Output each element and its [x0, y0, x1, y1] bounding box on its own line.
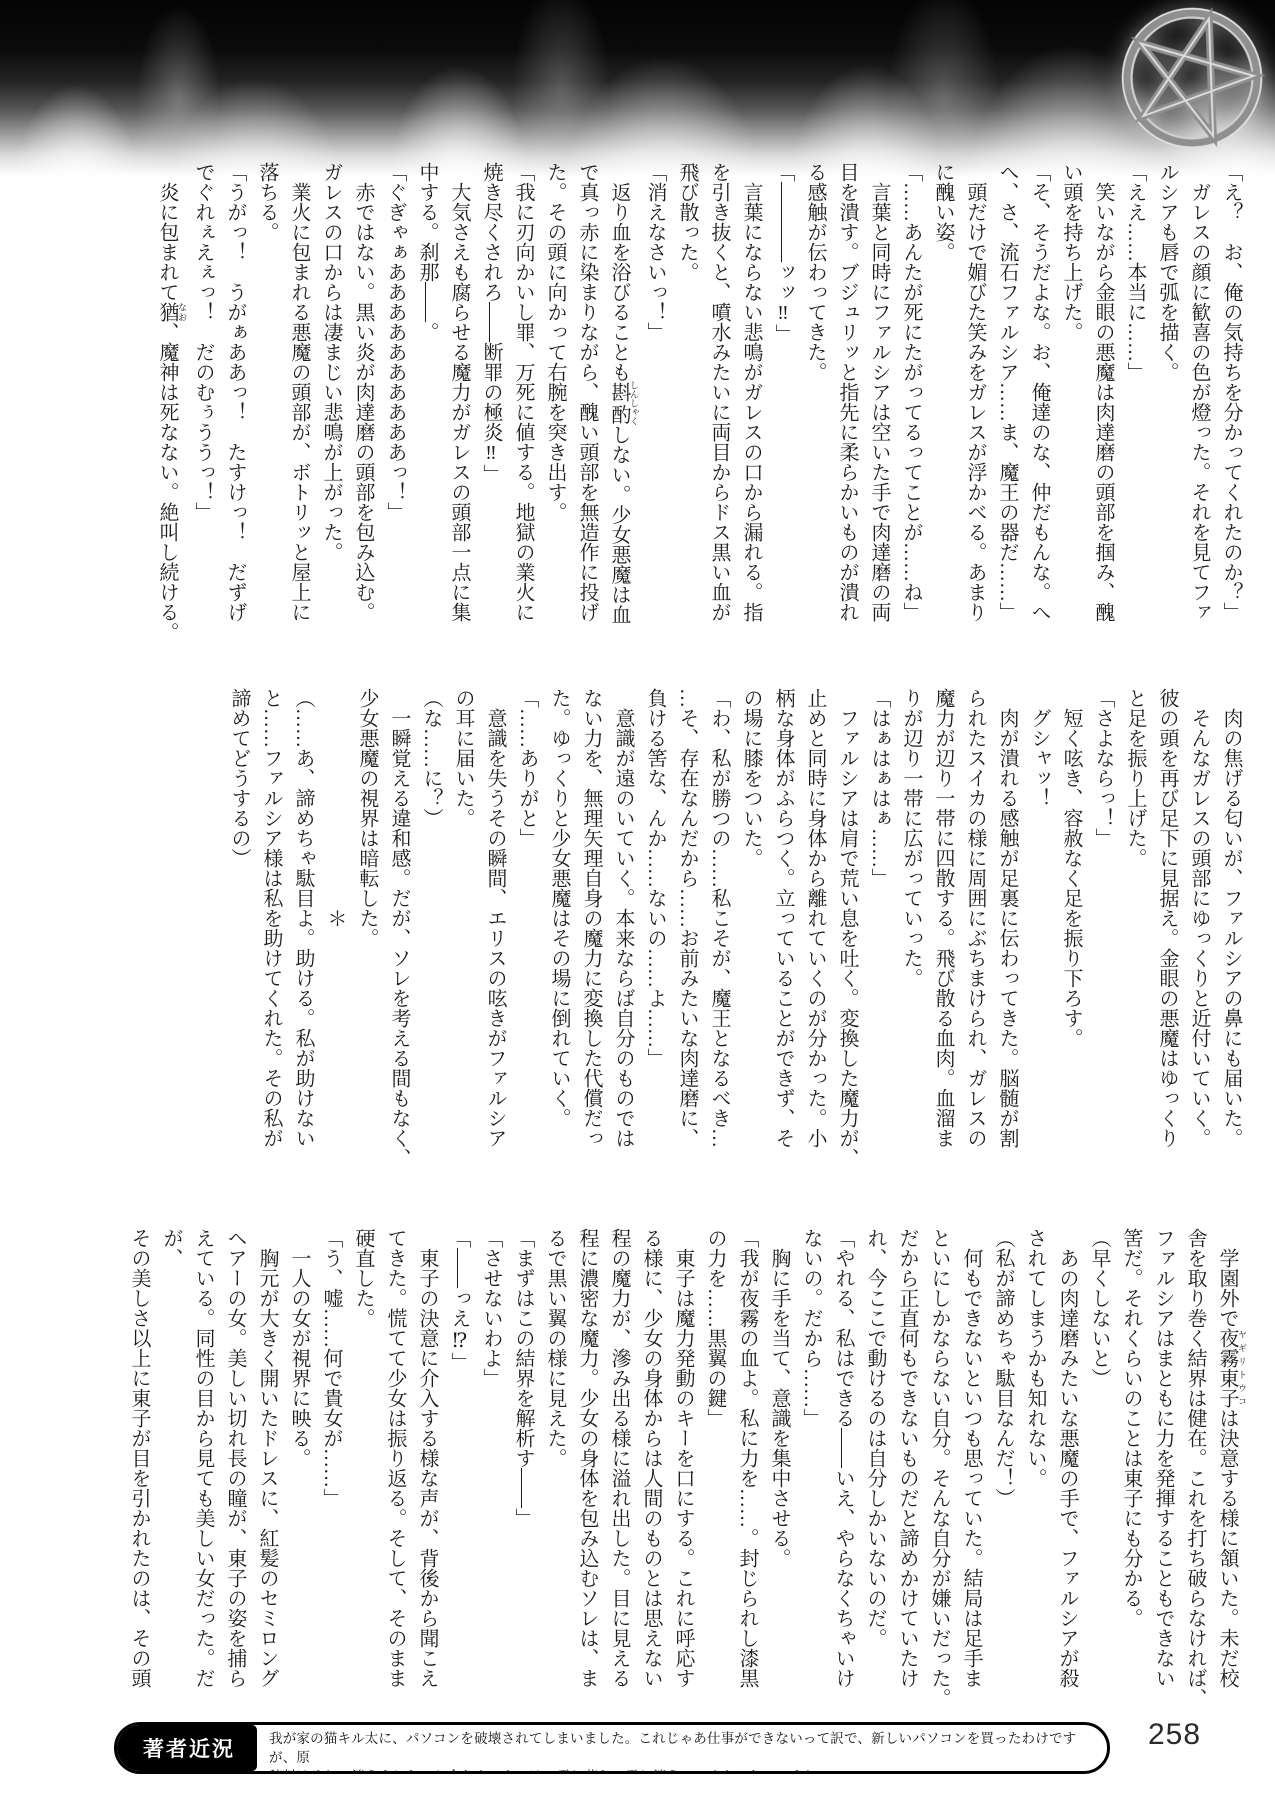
text-column: 笑いながら金眼の悪魔は肉達磨の頭部を掴み、醜 [1087, 162, 1119, 642]
text-column: 舎を取り巻く結界は健在。これを打ち破らなければ、 [1179, 1228, 1211, 1708]
text-column: されてしまうかも知れない。 [1019, 1228, 1051, 1708]
text-column: い頭を持ち上げた。 [1055, 162, 1087, 642]
text-column: 東子の決意に介入する様な声が、背後から聞こえ [411, 1228, 443, 1708]
text-column: 言葉と同時にファルシアは空いた手で肉達磨の両 [863, 162, 895, 642]
flame-smoke-header [0, 0, 1275, 176]
text-column: と……ファルシア様は私を助けてくれた。その私が [255, 688, 287, 1168]
text-band-bottom: 学園外で夜霧東子ヤギリトウコは決意する様に頷いた。未だ校舎を取り巻く結界は健在。… [123, 1228, 1247, 1708]
text-column: の場に膝をついた。 [735, 688, 767, 1168]
text-column: 柄な身体がふらつく。立っていることができず、そ [767, 688, 799, 1168]
text-column: 中する。刹那――。 [411, 162, 443, 642]
author-note-line1: 我が家の猫キル太に、パソコンを破壊されてしまいました。これじゃあ仕事ができないっ… [269, 1729, 1095, 1767]
text-column: 東子は魔力発動のキーを口にする。これに呼応す [667, 1228, 699, 1708]
text-column: 魔力が辺り一帯に四散する。飛び散る血肉。血溜ま [927, 688, 959, 1168]
text-column: 「消えなさいっ！」 [639, 162, 671, 642]
text-column: その美しさ以上に東子が目を引かれたのは、その頭 [123, 1228, 155, 1708]
text-column: 諦めてどうするの） [223, 688, 255, 1168]
text-column: （な……に？） [415, 688, 447, 1168]
text-column: と足を振り上げた。 [1119, 688, 1151, 1168]
text-column: 何もできないといつも思っていた。結局は足手ま [955, 1228, 987, 1708]
text-column: 「わ、私が勝つの……私こそが、魔王となるべき… [703, 688, 735, 1168]
text-column: ガレスの顔に歓喜の色が燈った。それを見てファ [1183, 162, 1215, 642]
text-column: 学園外で夜霧東子ヤギリトウコは決意する様に頷いた。未だ校 [1211, 1228, 1247, 1708]
text-column: 「やれる、私はできる――いえ、やらなくちゃいけ [827, 1228, 859, 1708]
text-column: る感触が伝わってきた。 [799, 162, 831, 642]
text-column: 一瞬覚える違和感。だが、ソレを考える間もなく、 [383, 688, 415, 1168]
text-column: 「ぐぎゃぁああああああああああっ！」 [379, 162, 411, 642]
text-column: で真っ赤に染まりながら、醜い頭部を無造作に投げ [571, 162, 603, 642]
text-column: 止めと同時に身体から離れていくのが分かった。小 [799, 688, 831, 1168]
text-column: 「う、嘘……何で貴女が……」 [315, 1228, 347, 1708]
text-column: 「そ、そうだよな。お、俺達のな、仲だもんな。へ [1023, 162, 1055, 642]
text-column: を引き抜くと、噴水みたいに両目からドス黒い血が [703, 162, 735, 642]
text-column: た。その頭に向かって右腕を突き出す。 [539, 162, 571, 642]
text-column: えている。同性の目から見ても美しい女だった。だが、 [155, 1228, 219, 1708]
text-column: へ、さ、流石ファルシア……ま、魔王の器だ……」 [991, 162, 1023, 642]
text-column: 「え？ お、俺の気持ちを分かってくれたのか？」 [1215, 162, 1247, 642]
text-column: といにしかならない自分。そんな自分が嫌いだった。 [923, 1228, 955, 1708]
author-note-text: 我が家の猫キル太に、パソコンを破壊されてしまいました。これじゃあ仕事ができないっ… [257, 1725, 1107, 1771]
text-column: 程の魔力が、滲み出る様に溢れ出した。目に見える [603, 1228, 635, 1708]
text-column: グシャッ！ [1023, 688, 1055, 1168]
author-note-label: 著者近況 [117, 1725, 257, 1771]
pentagram-icon [1097, 0, 1275, 173]
text-column: 目を潰す。ブジュリッと指先に柔らかいものが潰れ [831, 162, 863, 642]
text-column: 負ける筈な、んか……ないの……よ……」 [639, 688, 671, 1168]
text-column: 少女悪魔の視界は暗転した。 [351, 688, 383, 1168]
text-column: りが辺り一帯に広がっていった。 [895, 688, 927, 1168]
text-column: 肉の焦げる匂いが、ファルシアの鼻にも届いた。 [1215, 688, 1247, 1168]
text-column: 胸に手を当て、意識を集中させる。 [763, 1228, 795, 1708]
text-column: 意識を失うその瞬間、エリスの呟きがファルシア [479, 688, 511, 1168]
text-column: あの肉達磨みたいな悪魔の手で、ファルシアが殺 [1051, 1228, 1083, 1708]
text-column: れ、今ここで動けるのは自分しかいないのだ。 [859, 1228, 891, 1708]
text-column: （……あ、諦めちゃ駄目よ。助ける。私が助けない [287, 688, 319, 1168]
text-column: 「さよならっ！」 [1087, 688, 1119, 1168]
author-note-bubble: 著者近況 我が家の猫キル太に、パソコンを破壊されてしまいました。これじゃあ仕事が… [114, 1722, 1110, 1774]
text-column: 赤ではない。黒い炎が肉達磨の頭部を包み込む。 [347, 162, 379, 642]
page-number: 258 [1148, 1718, 1201, 1752]
text-column: ガレスの口からは凄まじい悲鳴が上がった。 [315, 162, 347, 642]
text-column: 「ええ……本当に……」 [1119, 162, 1151, 642]
text-column: るで黒い翼の様に見えた。 [539, 1228, 571, 1708]
text-column: （私が諦めちゃ駄目なんだ！） [987, 1228, 1019, 1708]
text-column: ルシアも唇で弧を描く。 [1151, 162, 1183, 642]
text-column: 肉が潰れる感触が足裏に伝わってきた。脳髄が割 [991, 688, 1023, 1168]
text-column: る様に、少女の身体からは人間のものとは思えない [635, 1228, 667, 1708]
novel-page: 「え？ お、俺の気持ちを分かってくれたのか？」 ガレスの顔に歓喜の色が燈った。そ… [0, 0, 1275, 1801]
text-column: 頭だけで媚びた笑みをガレスが浮かべる。あまり [959, 162, 991, 642]
text-column: 「させないわよ」 [475, 1228, 507, 1708]
text-column: 焼き尽くされろ――断罪の極炎‼」 [475, 162, 507, 642]
text-column: てきた。慌てて少女は振り返る。そして、そのまま [379, 1228, 411, 1708]
text-column: 「……ありがと」 [511, 688, 543, 1168]
text-column: 「うがっ！ うがぁああっ！ たすけっ！ だずげ [219, 162, 251, 642]
text-column: 筈だ。それくらいのことは東子にも分かる。 [1115, 1228, 1147, 1708]
text-column: 「――――ッッ‼」 [767, 162, 799, 642]
text-column: ないの。だから……」 [795, 1228, 827, 1708]
text-column: 短く呟き、容赦なく足を振り下ろす。 [1055, 688, 1087, 1168]
text-column: 言葉にならない悲鳴がガレスの口から漏れる。指 [735, 162, 767, 642]
text-column: 返り血を浴びることも斟酌しんしゃくしない。少女悪魔は血 [603, 162, 639, 642]
text-column: の耳に届いた。 [447, 688, 479, 1168]
text-column: ヘアーの女。美しい切れ長の瞳が、東子の姿を捕ら [219, 1228, 251, 1708]
text-column: 意識が遠のいていく。本来ならば自分のものでは [607, 688, 639, 1168]
text-column: 炎に包まれて猶なお、魔神は死なない。絶叫し続ける。 [151, 162, 187, 642]
text-column: 程に濃密な魔力。少女の身体を包み込むソレは、ま [571, 1228, 603, 1708]
text-column: 大気さえも腐らせる魔力がガレスの頭部一点に集 [443, 162, 475, 642]
text-column: 「我に刃向かいし罪、万死に値する。地獄の業火に [507, 162, 539, 642]
text-column: でぐれぇえぇっ！ だのむぅううっ！」 [187, 162, 219, 642]
text-column: 業火に包まれる悪魔の頭部が、ボトリッと屋上に [283, 162, 315, 642]
text-column: ＊ [319, 688, 351, 1168]
text-column: だから正直何もできないものだと諦めかけていたけ [891, 1228, 923, 1708]
text-column: ない力を、無理矢理自身の魔力に変換した代償だっ [575, 688, 607, 1168]
text-column: そんなガレスの頭部にゆっくりと近付いていく。 [1183, 688, 1215, 1168]
text-column: 胸元が大きく開いたドレスに、紅髪のセミロング [251, 1228, 283, 1708]
author-note-line2: 稿料はそれに消えました。お金なんてものは、露と落ち、露と消えていくものなのですね… [269, 1767, 1095, 1774]
text-column: 「はぁはぁはぁ……」 [863, 688, 895, 1168]
text-column: られたスイカの様に周囲にぶちまけられ、ガレスの [959, 688, 991, 1168]
text-column: 落ちる。 [251, 162, 283, 642]
text-column: に醜い姿。 [927, 162, 959, 642]
text-column: 「まずはこの結界を解析す――」 [507, 1228, 539, 1708]
text-column: た。ゆっくりと少女悪魔はその場に倒れていく。 [543, 688, 575, 1168]
text-column: …そ、存在なんだから……お前みたいな肉達磨に、 [671, 688, 703, 1168]
text-column: 一人の女が視界に映る。 [283, 1228, 315, 1708]
text-column: 「――っえ⁉」 [443, 1228, 475, 1708]
text-band-top: 「え？ お、俺の気持ちを分かってくれたのか？」 ガレスの顔に歓喜の色が燈った。そ… [151, 162, 1247, 642]
text-column: 飛び散った。 [671, 162, 703, 642]
text-column: （早くしないと） [1083, 1228, 1115, 1708]
text-column: 「我が夜霧の血よ。私に力を……。封じられし漆黒 [731, 1228, 763, 1708]
text-column: 硬直した。 [347, 1228, 379, 1708]
text-band-middle: 肉の焦げる匂いが、ファルシアの鼻にも届いた。 そんなガレスの頭部にゆっくりと近付… [223, 688, 1247, 1168]
text-column: 彼の頭を再び足下に見据え。金眼の悪魔はゆっくり [1151, 688, 1183, 1168]
text-column: ファルシアは肩で荒い息を吐く。変換した魔力が、 [831, 688, 863, 1168]
text-column: 「……あんたが死にたがってるってことが……ね」 [895, 162, 927, 642]
text-column: ファルシアはまともに力を発揮することもできない [1147, 1228, 1179, 1708]
text-column: の力を……黒翼の鍵」 [699, 1228, 731, 1708]
